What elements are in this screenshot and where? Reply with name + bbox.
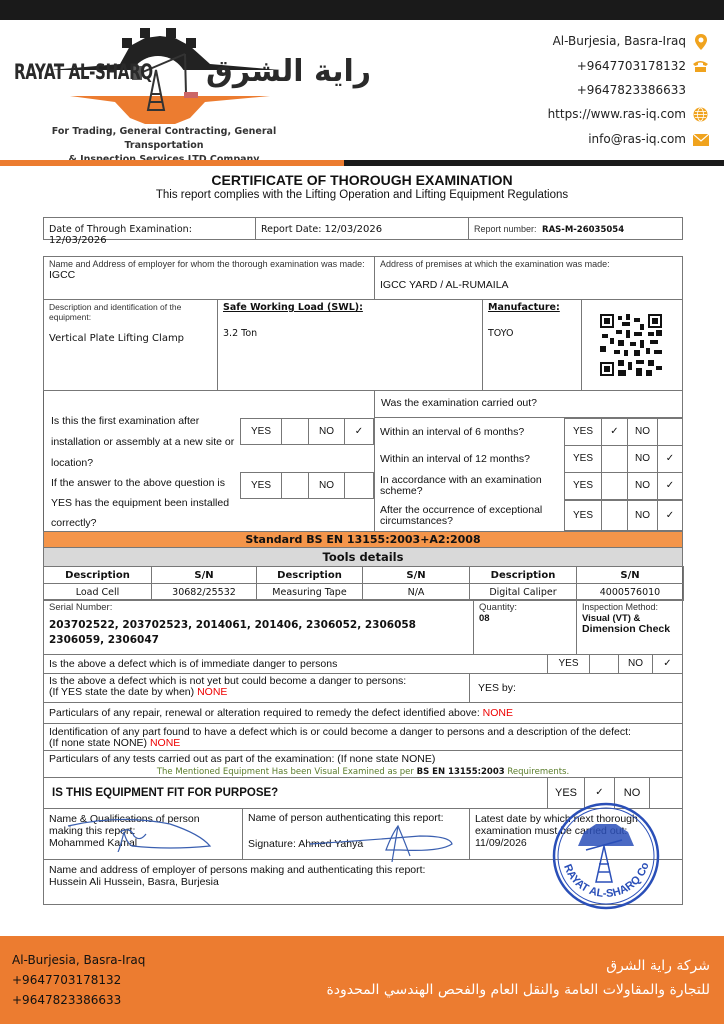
header-orange-rule	[0, 160, 344, 166]
tools-details-title: Tools details	[43, 547, 683, 567]
could-become-danger-question: Is the above a defect which is not yet b…	[43, 673, 470, 703]
immediate-danger-question: Is the above a defect which is of immedi…	[43, 654, 548, 674]
tools-header-1: S/N	[151, 566, 257, 584]
carried-out-yes-label-2: YES	[564, 472, 602, 500]
report-number-cell: Report number: RAS-M-26035054	[468, 217, 683, 240]
report-number: RAS-M-26035054	[542, 225, 624, 235]
tests-question: Particulars of any tests carried out as …	[43, 750, 683, 778]
premises-cell: Address of premises at which the examina…	[374, 256, 683, 300]
location-pin-icon	[694, 33, 708, 51]
exam-date-cell: Date of Through Examination: 12/03/2026	[43, 217, 256, 240]
contact-email[interactable]: info@ras-iq.com	[588, 132, 686, 146]
defect-identification-question: Identification of any part found to have…	[43, 723, 683, 751]
carried-out-yes-label-0: YES	[564, 418, 602, 446]
carried-out-no-box-2[interactable]: ✓	[657, 472, 683, 500]
premises-value: IGCC YARD / AL-RUMAILA	[380, 280, 677, 291]
exam-date: 12/03/2026	[49, 235, 107, 246]
contact-website[interactable]: https://www.ras-iq.com	[548, 107, 686, 121]
logo-english-name: RAYAT AL-SHARQ	[14, 60, 153, 84]
employer-value: IGCC	[49, 270, 369, 280]
immediate-yes-box[interactable]	[589, 654, 619, 674]
carried-out-no-label-3: NO	[627, 500, 658, 531]
carried-out-no-label-1: NO	[627, 445, 658, 473]
qr-cell	[581, 299, 683, 391]
carried-out-question-0: Within an interval of 6 months?	[380, 418, 560, 446]
logo-arabic-name: راية الشرق	[206, 54, 371, 89]
defect-identification-value: NONE	[150, 737, 180, 749]
installed-question: If the answer to the above question is Y…	[51, 473, 241, 533]
immediate-no-box[interactable]: ✓	[652, 654, 683, 674]
carried-out-no-label-0: NO	[627, 418, 658, 446]
carried-out-question-1: Within an interval of 12 months?	[380, 445, 560, 473]
carried-out-question-2: In accordance with an examination scheme…	[380, 472, 560, 500]
tools-header-2: Description	[256, 566, 363, 584]
carried-out-yes-box-3[interactable]	[601, 500, 628, 531]
carried-out-yes-box-0[interactable]: ✓	[601, 418, 628, 446]
yes-by-cell: YES by:	[469, 673, 683, 703]
carried-out-yes-label-3: YES	[564, 500, 602, 531]
manufacture-value: TOYO	[488, 328, 576, 339]
serial-numbers: 203702522, 203702523, 2014061, 201406, 2…	[49, 618, 468, 648]
maker-signature-scribble	[60, 812, 220, 852]
company-stamp: RAYAT AL-SHARQ Co.	[548, 800, 666, 910]
qr-code[interactable]	[600, 314, 662, 376]
employer-cell: Name and Address of employer for whom th…	[43, 256, 375, 300]
swl-value: 3.2 Ton	[223, 328, 477, 339]
footer-contacts: Al-Burjesia, Basra-Iraq +9647703178132 +…	[12, 950, 145, 1010]
standard-banner: Standard BS EN 13155:2003+A2:2008	[43, 531, 683, 548]
inspection-method-cell: Inspection Method: Visual (VT) & Dimensi…	[576, 599, 683, 655]
report-date: 12/03/2026	[324, 224, 382, 235]
repair-question: Particulars of any repair, renewal or al…	[43, 702, 683, 724]
certificate-subtitle: This report complies with the Lifting Op…	[0, 189, 724, 201]
envelope-icon	[693, 134, 709, 146]
equipment-value: Vertical Plate Lifting Clamp	[49, 334, 212, 344]
footer-arabic-company: شركة راية الشرق للتجارة والمقاولات العام…	[326, 954, 710, 1002]
tools-header-4: Description	[469, 566, 577, 584]
carried-out-no-box-1[interactable]: ✓	[657, 445, 683, 473]
serial-number-cell: Serial Number: 203702522, 203702523, 201…	[43, 599, 474, 655]
first-exam-yes-box[interactable]	[281, 418, 309, 445]
installed-yes-box[interactable]	[281, 472, 309, 499]
installed-no-box[interactable]	[344, 472, 374, 499]
carried-out-yes-box-1[interactable]	[601, 445, 628, 473]
first-exam-yes-label: YES	[240, 418, 282, 445]
repair-value: NONE	[483, 707, 513, 719]
carried-out-question-3: After the occurrence of exceptional circ…	[380, 500, 560, 531]
equipment-cell: Description and identification of the eq…	[43, 299, 218, 391]
carried-out-no-label-2: NO	[627, 472, 658, 500]
quantity-value: 08	[479, 613, 571, 624]
quantity-cell: Quantity: 08	[473, 599, 577, 655]
tools-header-3: S/N	[362, 566, 470, 584]
report-date-cell: Report Date: 12/03/2026	[255, 217, 469, 240]
globe-icon	[693, 107, 708, 122]
carried-out-no-box-0[interactable]	[657, 418, 683, 446]
swl-cell: Safe Working Load (SWL): 3.2 Ton	[217, 299, 483, 391]
immediate-yes-label: YES	[547, 654, 590, 674]
immediate-no-label: NO	[618, 654, 653, 674]
contact-address: Al-Burjesia, Basra-Iraq	[553, 34, 686, 48]
certificate-title: CERTIFICATE OF THOROUGH EXAMINATION	[0, 172, 724, 188]
carried-out-question: Was the examination carried out?	[374, 390, 683, 418]
header-top-bar	[0, 0, 724, 20]
could-become-value: NONE	[197, 686, 227, 698]
installed-no-label: NO	[308, 472, 345, 499]
installed-yes-label: YES	[240, 472, 282, 499]
first-exam-question: Is this the first examination after inst…	[51, 411, 241, 474]
authenticator-signature-scribble	[300, 822, 480, 862]
contact-phone-1: +9647703178132	[577, 59, 686, 73]
tools-header-0: Description	[43, 566, 152, 584]
carried-out-no-box-3[interactable]: ✓	[657, 500, 683, 531]
tools-header-5: S/N	[576, 566, 684, 584]
header-dark-rule	[344, 160, 724, 166]
contact-phone-2: +9647823386633	[577, 83, 686, 97]
carried-out-yes-box-2[interactable]	[601, 472, 628, 500]
first-exam-no-label: NO	[308, 418, 345, 445]
manufacture-cell: Manufacture: TOYO	[482, 299, 582, 391]
phone-icon	[692, 59, 709, 73]
carried-out-yes-label-1: YES	[564, 445, 602, 473]
fit-for-purpose-question: IS THIS EQUIPMENT FIT FOR PURPOSE?	[43, 777, 548, 809]
divider	[374, 390, 375, 531]
first-exam-no-box[interactable]: ✓	[344, 418, 374, 445]
